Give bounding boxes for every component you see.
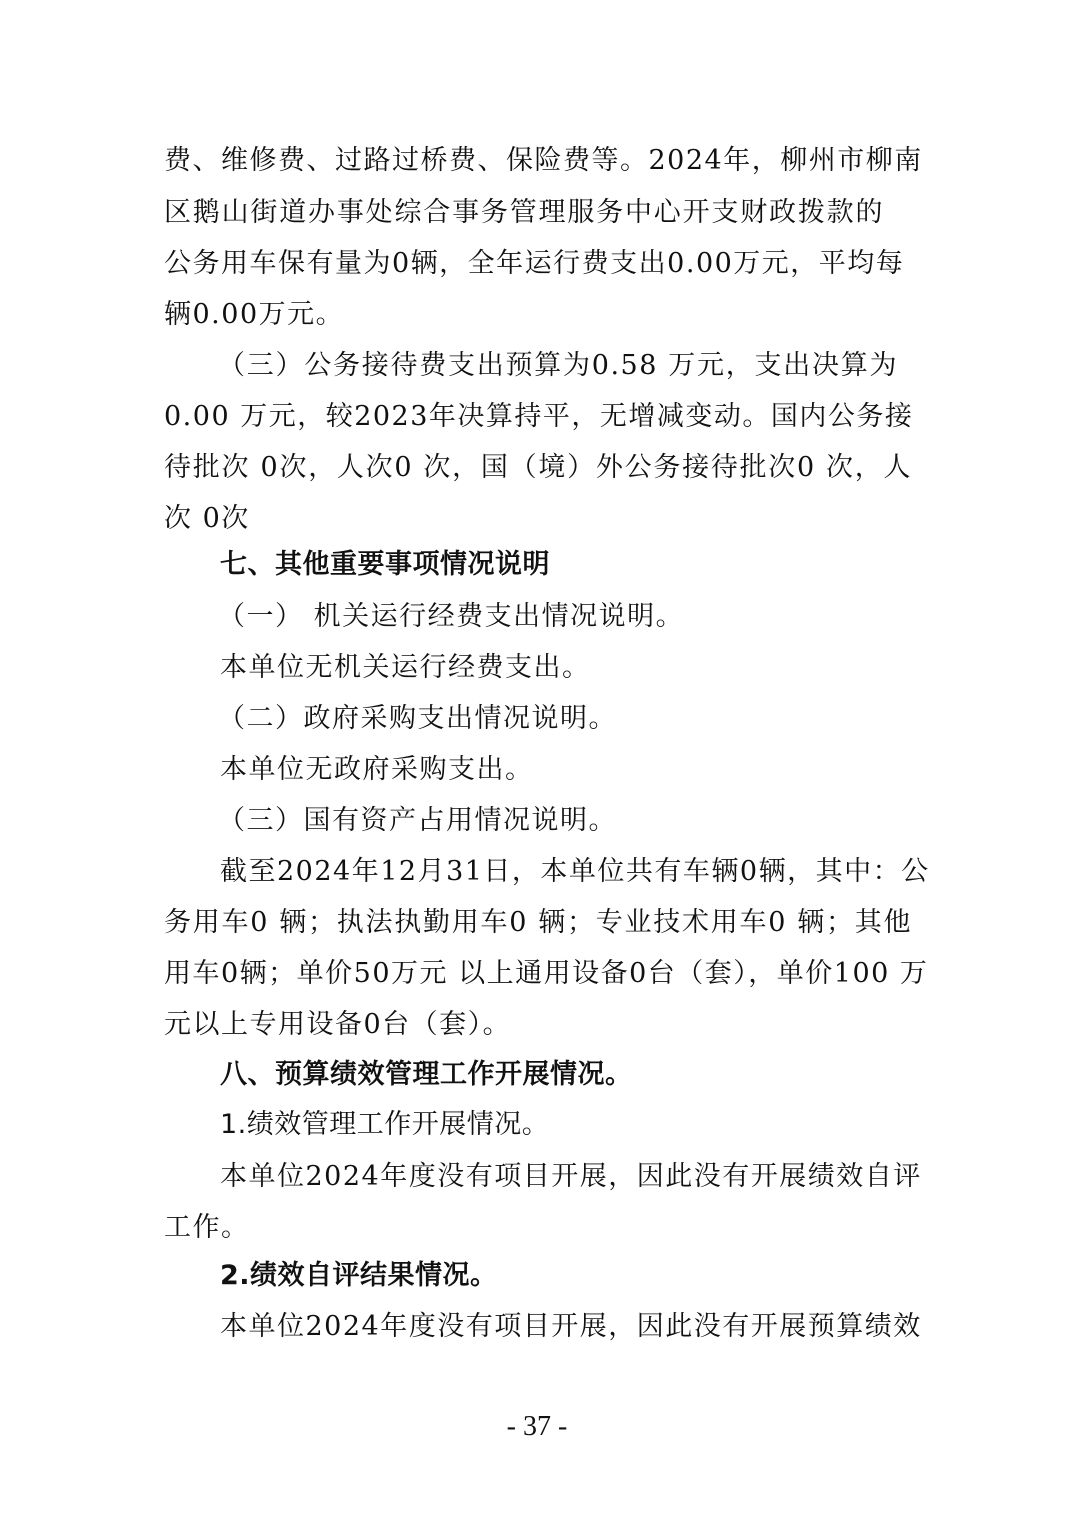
section-7-1-body: 本单位无机关运行经费支出。 — [220, 651, 912, 685]
reception-paragraph-line-3: 待批次 0次，人次0 次，国（境）外公务接待批次0 次，人 — [164, 451, 912, 485]
assets-paragraph-line-1: 截至2024年12月31日，本单位共有车辆0辆，其中：公 — [220, 855, 898, 889]
section-8-1-body-line-2: 工作。 — [164, 1211, 912, 1245]
reception-paragraph-line-4: 次 0次 — [164, 502, 912, 536]
vehicle-paragraph-line-3: 公务用车保有量为0辆，全年运行费支出0.00万元，平均每 — [164, 247, 899, 281]
section-8-2-body-line-1: 本单位2024年度没有项目开展，因此没有开展预算绩效 — [220, 1310, 912, 1344]
assets-paragraph-line-3: 用车0辆；单价50万元 以上通用设备0台（套），单价100 万 — [164, 957, 912, 991]
vehicle-paragraph-line-4: 辆0.00万元。 — [164, 298, 912, 332]
reception-paragraph-line-1: （三）公务接待费支出预算为0.58 万元，支出决算为 — [218, 349, 898, 383]
section-8-1-heading: 1.绩效管理工作开展情况。 — [220, 1108, 912, 1142]
vehicle-paragraph-line-2: 区鹅山街道办事处综合事务管理服务中心开支财政拨款的 — [164, 196, 884, 230]
assets-paragraph-line-2: 务用车0 辆；执法执勤用车0 辆；专业技术用车0 辆；其他 — [164, 906, 912, 940]
section-7-heading: 七、其他重要事项情况说明 — [220, 548, 912, 582]
document-page: 费、维修费、过路过桥费、保险费等。2024年，柳州市柳南 区鹅山街道办事处综合事… — [0, 0, 1074, 1520]
section-7-2-body: 本单位无政府采购支出。 — [220, 753, 912, 787]
section-7-1-heading: （一） 机关运行经费支出情况说明。 — [218, 600, 966, 634]
assets-paragraph-line-4: 元以上专用设备0台（套）。 — [164, 1008, 912, 1042]
vehicle-paragraph-line-1: 费、维修费、过路过桥费、保险费等。2024年，柳州市柳南 — [164, 144, 912, 178]
section-8-2-heading: 2.绩效自评结果情况。 — [220, 1259, 912, 1293]
reception-paragraph-line-2: 0.00 万元，较2023年决算持平，无增减变动。国内公务接 — [164, 400, 899, 434]
section-7-2-heading: （二）政府采购支出情况说明。 — [218, 702, 966, 736]
section-8-heading: 八、预算绩效管理工作开展情况。 — [220, 1058, 912, 1092]
page-number: - 37 - — [0, 1410, 1074, 1444]
section-7-3-heading: （三）国有资产占用情况说明。 — [218, 804, 966, 838]
section-8-1-body-line-1: 本单位2024年度没有项目开展，因此没有开展绩效自评 — [220, 1160, 912, 1194]
